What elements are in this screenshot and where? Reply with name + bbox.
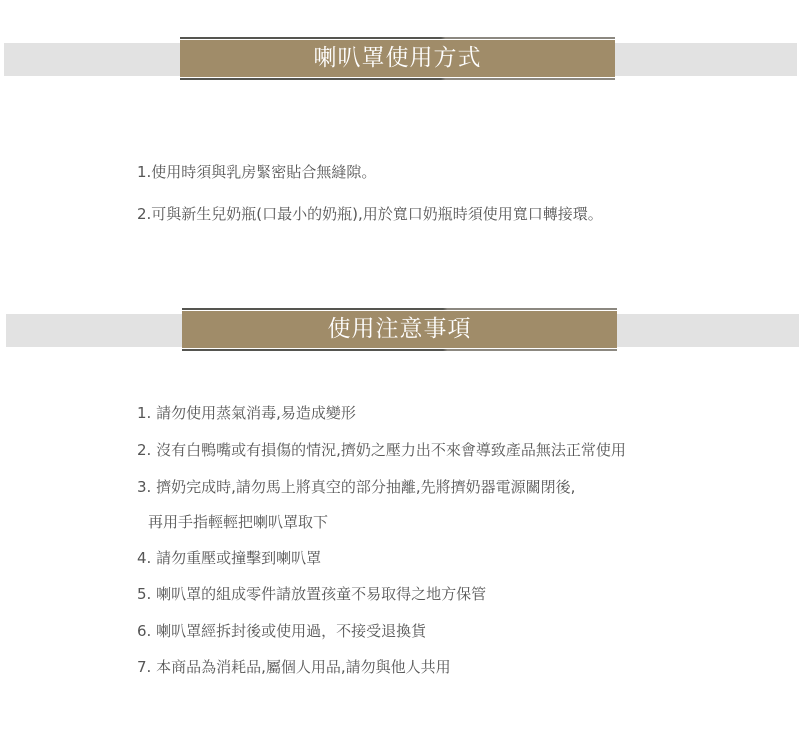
section-title-banner: 喇叭罩使用方式: [180, 40, 615, 77]
precaution-item: 7. 本商品為消耗品,屬個人用品,請勿與他人共用: [137, 657, 451, 677]
section-title: 使用注意事項: [328, 316, 472, 342]
section-header-usage: 喇叭罩使用方式: [0, 36, 800, 80]
section-title-banner: 使用注意事項: [182, 311, 617, 348]
section-title: 喇叭罩使用方式: [314, 45, 482, 71]
banner-bottom-line: [180, 78, 615, 80]
precaution-item: 3. 擠奶完成時,請勿馬上將真空的部分抽離,先將擠奶器電源關閉後,: [137, 477, 575, 497]
banner-bottom-line: [182, 349, 617, 351]
usage-item: 2.可與新生兒奶瓶(口最小的奶瓶),用於寬口奶瓶時須使用寬口轉接環。: [137, 204, 603, 224]
precaution-item: 6. 喇叭罩經拆封後或使用過，不接受退換貨: [137, 621, 426, 641]
section-header-precautions: 使用注意事項: [0, 307, 800, 351]
banner-top-line: [180, 37, 615, 39]
usage-item: 1.使用時須與乳房緊密貼合無縫隙。: [137, 162, 376, 182]
precaution-item: 5. 喇叭罩的組成零件請放置孩童不易取得之地方保管: [137, 584, 486, 604]
precaution-item: 2. 沒有白鴨嘴或有損傷的情況,擠奶之壓力出不來會導致產品無法正常使用: [137, 440, 626, 460]
precaution-item-continuation: 再用手指輕輕把喇叭罩取下: [148, 512, 328, 532]
precaution-item: 1. 請勿使用蒸氣消毒,易造成變形: [137, 403, 356, 423]
banner-top-line: [182, 308, 617, 310]
precaution-item: 4. 請勿重壓或撞擊到喇叭罩: [137, 548, 321, 568]
